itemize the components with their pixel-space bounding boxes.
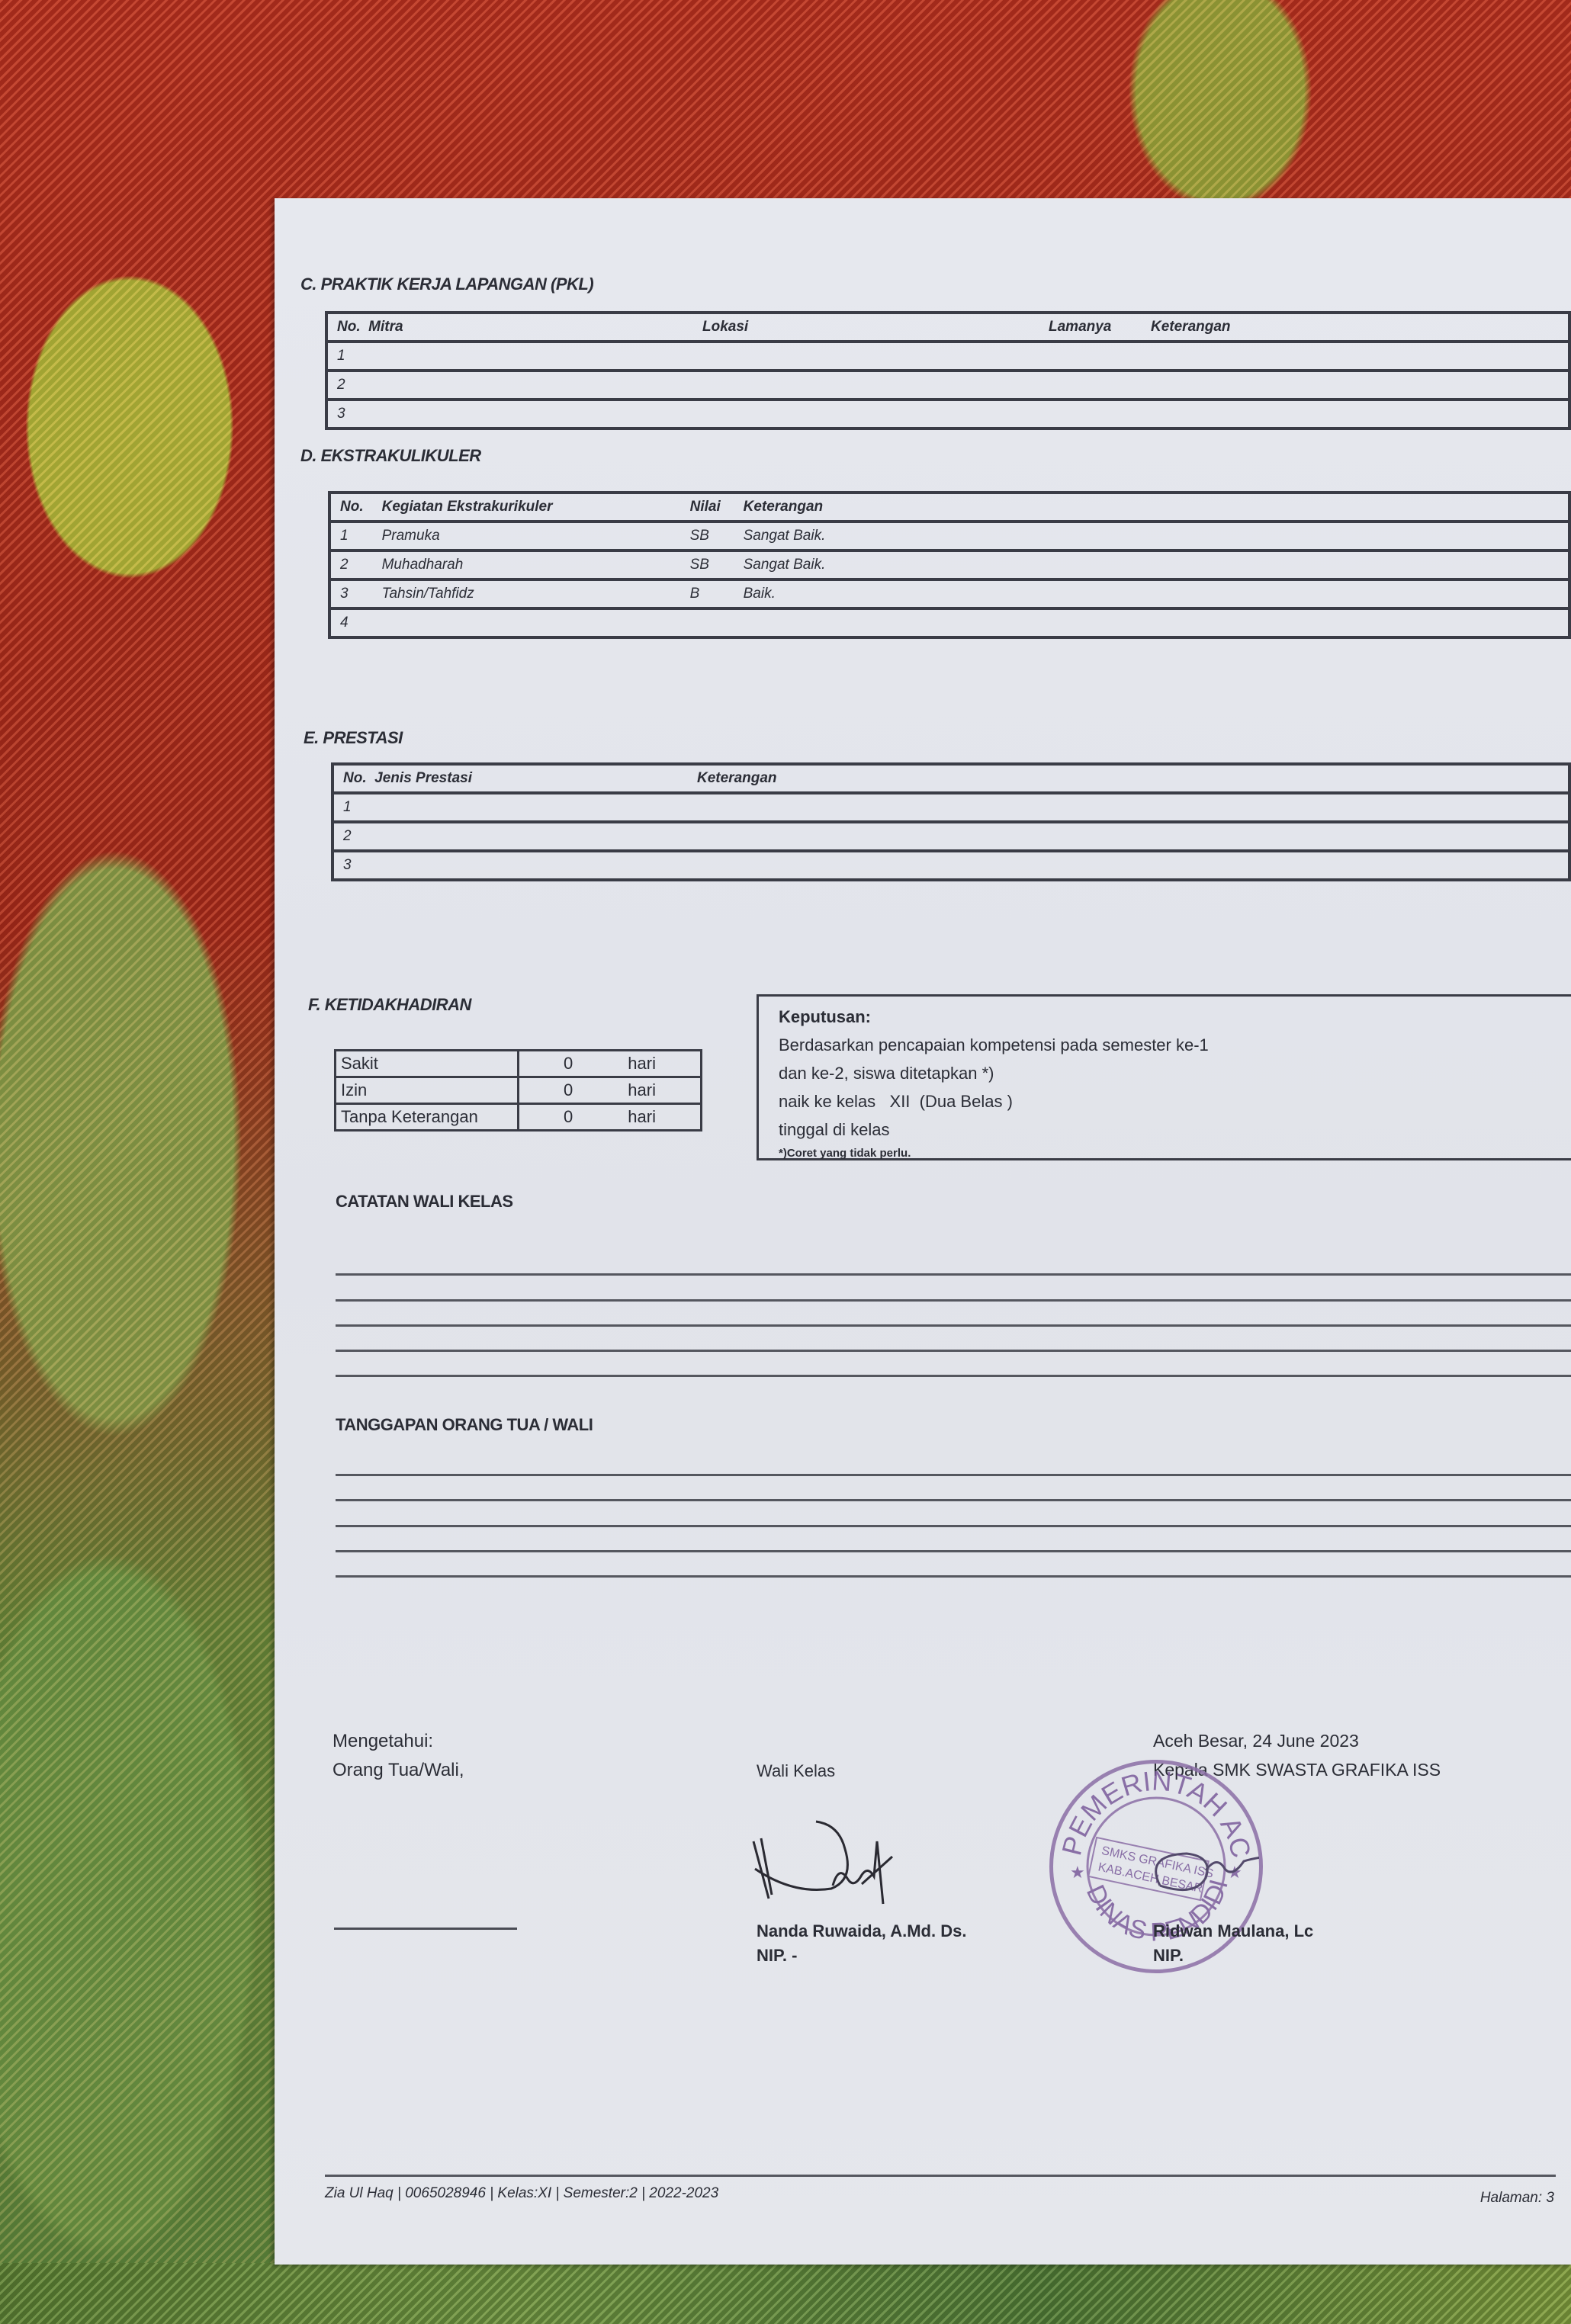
pkl-section-title: C. PRAKTIK KERJA LAPANGAN (PKL): [300, 274, 593, 294]
header-no: No.: [343, 770, 367, 786]
ekstra-table-header: No. Kegiatan Ekstrakurikuler Nilai Keter…: [329, 493, 1569, 522]
attendance-value: 0: [564, 1054, 573, 1073]
nilai-cell: B: [681, 579, 734, 608]
attendance-row: Izin 0hari: [336, 1077, 702, 1104]
tanggapan-title: TANGGAPAN ORANG TUA / WALI: [336, 1415, 593, 1435]
kegiatan-cell: Muhadharah: [373, 551, 681, 579]
decision-line: naik ke kelas XII (Dua Belas ): [779, 1087, 1552, 1115]
keterangan-cell: Baik.: [734, 579, 1569, 608]
school-stamp: PEMERINTAH ACEH DINAS PENDIDIKAN SMKS GR…: [1049, 1760, 1263, 1973]
decision-title: Keputusan:: [779, 1003, 1552, 1031]
writing-line: [336, 1299, 1571, 1302]
footer-page-number: Halaman: 3: [1480, 2190, 1554, 2207]
table-row: 1 Pramuka SB Sangat Baik.: [329, 522, 1569, 551]
table-row: 3 Tahsin/Tahfidz B Baik.: [329, 579, 1569, 608]
writing-line: [336, 1474, 1571, 1476]
orang-tua-signature-line: [334, 1928, 517, 1930]
decision-note: *)Coret yang tidak perlu.: [779, 1144, 1552, 1164]
svg-text:★: ★: [1070, 1863, 1085, 1882]
writing-line: [336, 1499, 1571, 1501]
attendance-row: Tanpa Keterangan 0hari: [336, 1104, 702, 1131]
kegiatan-cell: Tahsin/Tahfidz: [373, 579, 681, 608]
attendance-unit: hari: [628, 1107, 656, 1126]
attendance-label: Izin: [336, 1077, 519, 1104]
header-nilai: Nilai: [681, 493, 734, 522]
footer-student-info: Zia Ul Haq | 0065028946 | Kelas:XI | Sem…: [325, 2185, 718, 2202]
prestasi-table: No. Jenis Prestasi Keterangan 1 2 3: [331, 762, 1571, 881]
catatan-wali-title: CATATAN WALI KELAS: [336, 1192, 513, 1212]
nilai-cell: SB: [681, 522, 734, 551]
attendance-value: 0: [564, 1080, 573, 1099]
header-keterangan: Keterangan: [1142, 313, 1569, 342]
wali-kelas-name: Nanda Ruwaida, A.Md. Ds.: [757, 1921, 966, 1941]
attendance-row: Sakit 0hari: [336, 1051, 702, 1077]
wali-kelas-label: Wali Kelas: [757, 1761, 835, 1781]
kepala-sekolah-name: Ridwan Maulana, Lc: [1153, 1921, 1313, 1941]
table-row: 1: [333, 793, 1569, 822]
attendance-label: Tanpa Keterangan: [336, 1104, 519, 1131]
table-row: 1: [326, 342, 1569, 371]
header-mitra: Mitra: [368, 319, 403, 335]
kepala-sekolah-nip: NIP.: [1153, 1946, 1184, 1966]
fabric-background: [0, 2263, 1571, 2324]
writing-line: [336, 1324, 1571, 1327]
table-row: 3: [333, 851, 1569, 880]
writing-line: [336, 1575, 1571, 1578]
pkl-table-header: No. Mitra Lokasi Lamanya Keterangan: [326, 313, 1569, 342]
header-kegiatan: Kegiatan Ekstrakurikuler: [373, 493, 681, 522]
writing-line: [336, 1375, 1571, 1377]
keterangan-cell: Sangat Baik.: [734, 522, 1569, 551]
attendance-table: Sakit 0hari Izin 0hari Tanpa Keterangan …: [334, 1049, 702, 1132]
attendance-label: Sakit: [336, 1051, 519, 1077]
writing-line: [336, 1525, 1571, 1527]
orang-tua-label: Orang Tua/Wali,: [333, 1760, 464, 1781]
ketidakhadiran-section-title: F. KETIDAKHADIRAN: [308, 995, 471, 1015]
prestasi-table-header: No. Jenis Prestasi Keterangan: [333, 764, 1569, 793]
writing-line: [336, 1550, 1571, 1552]
nilai-cell: SB: [681, 551, 734, 579]
keterangan-cell: Sangat Baik.: [734, 551, 1569, 579]
wali-kelas-signature: [747, 1818, 946, 1925]
writing-line: [336, 1350, 1571, 1352]
attendance-value: 0: [564, 1107, 573, 1126]
attendance-unit: hari: [628, 1054, 656, 1073]
decision-line: tinggal di kelas: [779, 1115, 1552, 1144]
table-row: 2: [333, 822, 1569, 851]
header-keterangan: Keterangan: [734, 493, 1569, 522]
footer-rule: [325, 2175, 1556, 2177]
ekstra-section-title: D. EKSTRAKULIKULER: [300, 446, 481, 466]
header-no: No.: [329, 493, 373, 522]
decision-line: dan ke-2, siswa ditetapkan *): [779, 1059, 1552, 1087]
prestasi-section-title: E. PRESTASI: [304, 728, 403, 748]
header-jenis: Jenis Prestasi: [374, 770, 472, 786]
header-lokasi: Lokasi: [693, 313, 1039, 342]
kegiatan-cell: Pramuka: [373, 522, 681, 551]
writing-line: [336, 1273, 1571, 1276]
table-row: 4: [329, 608, 1569, 637]
svg-text:PEMERINTAH ACEH: PEMERINTAH ACEH: [1053, 1764, 1258, 1860]
header-no: No.: [337, 319, 361, 335]
header-keterangan: Keterangan: [688, 764, 1569, 793]
header-lamanya: Lamanya: [1039, 313, 1142, 342]
decision-box: Keputusan: Berdasarkan pencapaian kompet…: [757, 994, 1571, 1160]
table-row: 3: [326, 400, 1569, 429]
report-card-page: C. PRAKTIK KERJA LAPANGAN (PKL) No. Mitr…: [275, 198, 1571, 2265]
decision-line: Berdasarkan pencapaian kompetensi pada s…: [779, 1031, 1552, 1059]
mengetahui-label: Mengetahui:: [333, 1731, 433, 1752]
place-date: Aceh Besar, 24 June 2023: [1153, 1731, 1359, 1751]
ekstra-table: No. Kegiatan Ekstrakurikuler Nilai Keter…: [328, 491, 1571, 639]
wali-kelas-nip: NIP. -: [757, 1946, 797, 1966]
table-row: 2: [326, 371, 1569, 400]
pkl-table: No. Mitra Lokasi Lamanya Keterangan 1 2 …: [325, 311, 1571, 430]
table-row: 2 Muhadharah SB Sangat Baik.: [329, 551, 1569, 579]
attendance-unit: hari: [628, 1080, 656, 1099]
